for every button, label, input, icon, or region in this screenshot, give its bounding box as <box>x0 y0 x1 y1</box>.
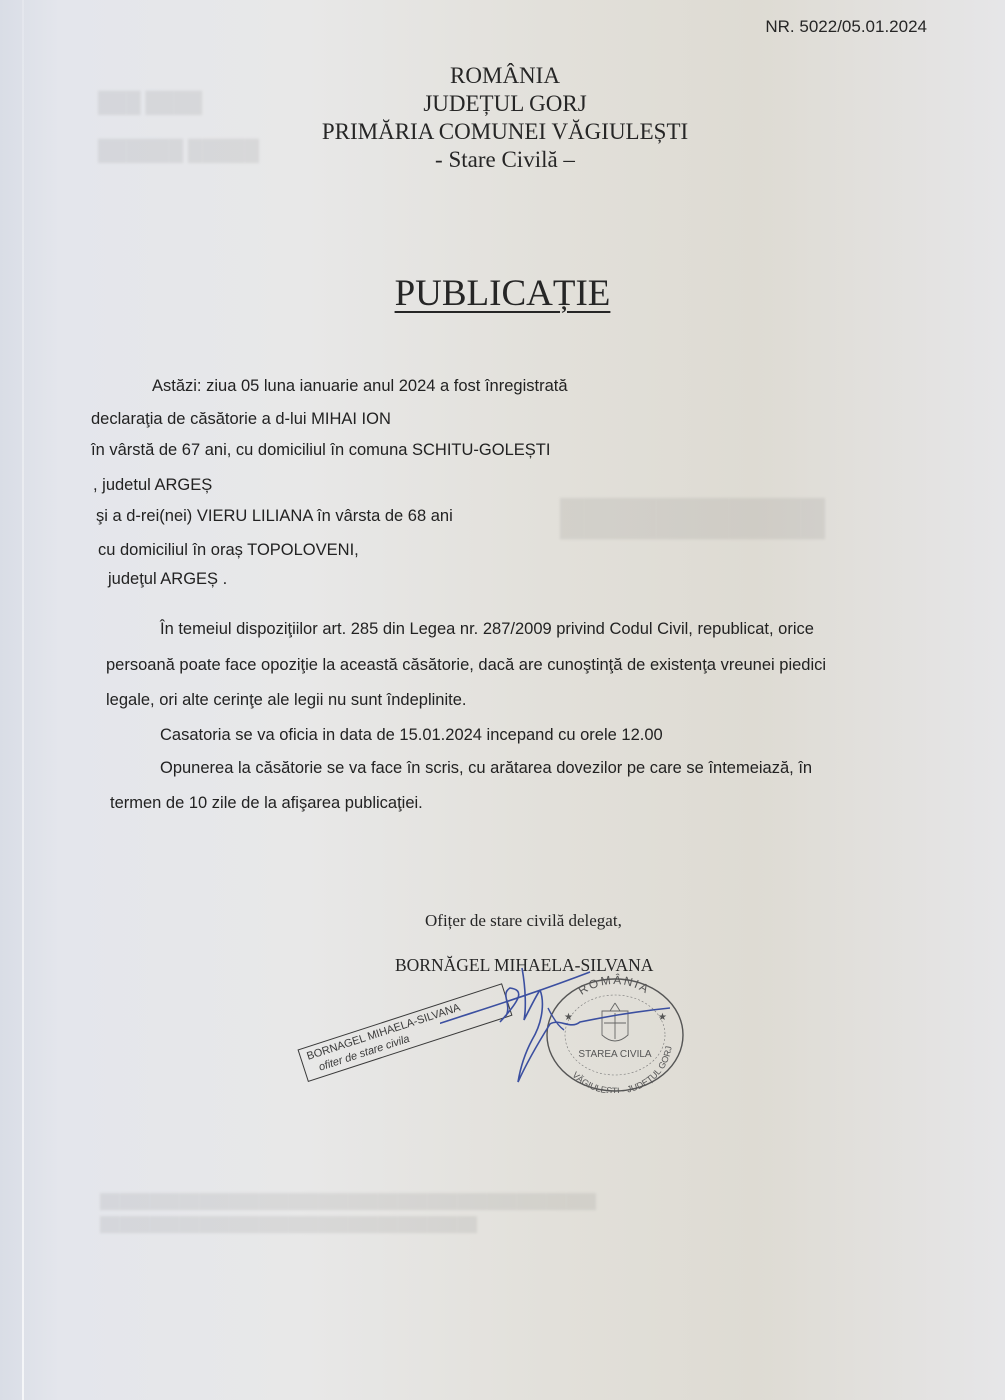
handwritten-signature <box>440 960 670 1090</box>
document-title: PUBLICAȚIE <box>0 272 1005 315</box>
show-through-text: ████████████████████████████████████████… <box>100 1195 596 1211</box>
declaration-line: declaraţia de căsătorie a d-lui MIHAI IO… <box>91 410 391 429</box>
declaration-line: cu domiciliul în oraș TOPOLOVENI, <box>98 541 359 560</box>
legal-basis-line: persoană poate face opoziţie la această … <box>106 656 826 675</box>
declaration-line: şi a d-rei(nei) VIERU LILIANA în vârsta … <box>96 507 453 526</box>
legal-basis-line: legale, ori alte cerinţe ale legii nu su… <box>106 691 466 710</box>
declaration-line: în vârstă de 67 ani, cu domiciliul în co… <box>91 441 550 460</box>
header-town-hall: PRIMĂRIA COMUNEI VĂGIULEȘTI <box>0 118 1005 146</box>
legal-basis-line: În temeiul dispoziţiilor art. 285 din Le… <box>160 620 814 639</box>
header-country: ROMÂNIA <box>0 62 1005 90</box>
opposition-line: Opunerea la căsătorie se va face în scri… <box>160 759 812 778</box>
paper-edge <box>22 0 24 1400</box>
declaration-line: , judetul ARGEȘ <box>93 476 212 495</box>
document-title-text: PUBLICAȚIE <box>395 273 611 314</box>
officer-title: Ofițer de stare civilă delegat, <box>425 911 622 931</box>
issuer-header: ROMÂNIA JUDEȚUL GORJ PRIMĂRIA COMUNEI VĂ… <box>0 62 1005 174</box>
header-county: JUDEȚUL GORJ <box>0 90 1005 118</box>
ceremony-date: Casatoria se va oficia in data de 15.01.… <box>160 726 663 745</box>
declaration-line: Astăzi: ziua 05 luna ianuarie anul 2024 … <box>152 377 568 396</box>
registration-number: NR. 5022/05.01.2024 <box>765 17 927 37</box>
opposition-line: termen de 10 zile de la afişarea publica… <box>110 794 423 813</box>
header-department: - Stare Civilă – <box>0 146 1005 174</box>
declaration-line: judeţul ARGEȘ . <box>108 570 227 589</box>
show-through-text: ██████████████████████████████████████ <box>100 1218 477 1234</box>
show-through-text: ███████████ <box>560 500 825 538</box>
